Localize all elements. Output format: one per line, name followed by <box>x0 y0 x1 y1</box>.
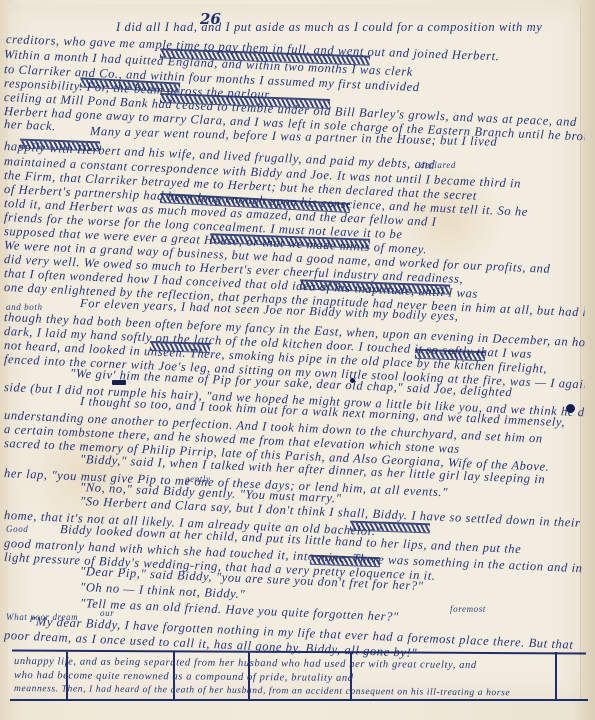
interlinear-note: gently <box>185 474 211 484</box>
manuscript-line: her back. <box>4 117 57 134</box>
manuscript-line: I did all I had, and I put aside as much… <box>116 20 542 35</box>
ink-blot <box>112 380 126 385</box>
ink-blot <box>350 378 355 383</box>
interlinear-note: declared <box>420 160 456 170</box>
interlinear-note: our <box>100 608 114 618</box>
margin-note: and both <box>6 302 43 312</box>
ink-blot <box>566 404 575 413</box>
margin-note: What poor dream <box>6 612 78 622</box>
interlinear-note: foremost <box>450 604 486 614</box>
crossed-out-text <box>150 341 210 353</box>
margin-note: Good <box>6 524 28 534</box>
